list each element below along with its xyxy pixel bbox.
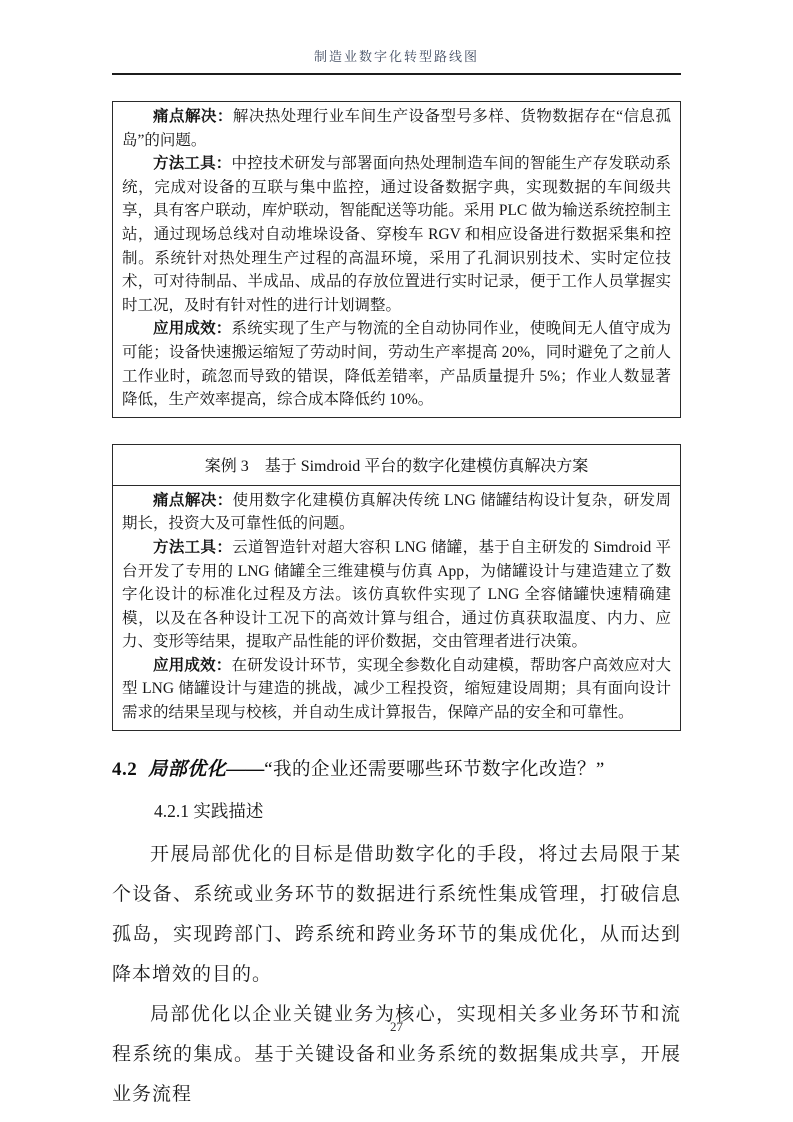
page-number: 27 [0,1019,793,1035]
section-dash: —— [226,759,264,780]
case2-method-text: 中控技术研发与部署面向热处理制造车间的智能生产存发联动系统，完成对设备的互联与集… [122,155,671,314]
case3-method-label: 方法工具： [153,539,232,556]
case3-box-title: 案例 3 基于 Simdroid 平台的数字化建模仿真解决方案 [113,445,680,486]
section-quote: “我的企业还需要哪些环节数字化改造？” [264,760,604,780]
section-title: 局部优化 [148,759,226,780]
case3-method-paragraph: 方法工具：云道智造针对超大容积 LNG 储罐，基于自主研发的 Simdroid … [122,536,671,654]
case2-pain-point-label: 痛点解决： [153,108,233,125]
body-paragraph-1: 开展局部优化的目标是借助数字化的手段，将过去局限于某个设备、系统或业务环节的数据… [112,835,681,995]
case2-method-label: 方法工具： [153,155,232,172]
case2-box: 痛点解决：解决热处理行业车间生产设备型号多样、货物数据存在“信息孤岛”的问题。 … [112,101,681,418]
case3-pain-point-paragraph: 痛点解决：使用数字化建模仿真解决传统 LNG 储罐结构设计复杂，研发周期长，投资… [122,489,671,536]
page-header: 制造业数字化转型路线图 [112,0,681,75]
case3-effect-paragraph: 应用成效：在研发设计环节，实现全参数化自动建模，帮助客户高效应对大型 LNG 储… [122,654,671,725]
running-header-title: 制造业数字化转型路线图 [314,49,479,64]
case3-pain-point-label: 痛点解决： [153,492,233,509]
subsection-heading-4-2-1: 4.2.1 实践描述 [154,798,681,823]
page-content: 痛点解决：解决热处理行业车间生产设备型号多样、货物数据存在“信息孤岛”的问题。 … [112,101,681,1115]
case3-box-body: 痛点解决：使用数字化建模仿真解决传统 LNG 储罐结构设计复杂，研发周期长，投资… [113,486,680,730]
case2-pain-point-paragraph: 痛点解决：解决热处理行业车间生产设备型号多样、货物数据存在“信息孤岛”的问题。 [122,105,671,152]
document-page: 制造业数字化转型路线图 痛点解决：解决热处理行业车间生产设备型号多样、货物数据存… [0,0,793,1122]
case3-box: 案例 3 基于 Simdroid 平台的数字化建模仿真解决方案 痛点解决：使用数… [112,444,681,731]
case2-effect-paragraph: 应用成效：系统实现了生产与物流的全自动协同作业，使晚间无人值守成为可能；设备快速… [122,317,671,411]
body-paragraph-2: 局部优化以企业关键业务为核心，实现相关多业务环节和流程系统的集成。基于关键设备和… [112,995,681,1115]
case2-effect-label: 应用成效： [153,320,232,337]
section-number: 4.2 [112,759,137,780]
case2-box-body: 痛点解决：解决热处理行业车间生产设备型号多样、货物数据存在“信息孤岛”的问题。 … [113,102,680,417]
case3-effect-label: 应用成效： [153,657,232,674]
case2-method-paragraph: 方法工具：中控技术研发与部署面向热处理制造车间的智能生产存发联动系统，完成对设备… [122,152,671,317]
section-heading-4-2: 4.2局部优化——“我的企业还需要哪些环节数字化改造？” [112,754,681,781]
